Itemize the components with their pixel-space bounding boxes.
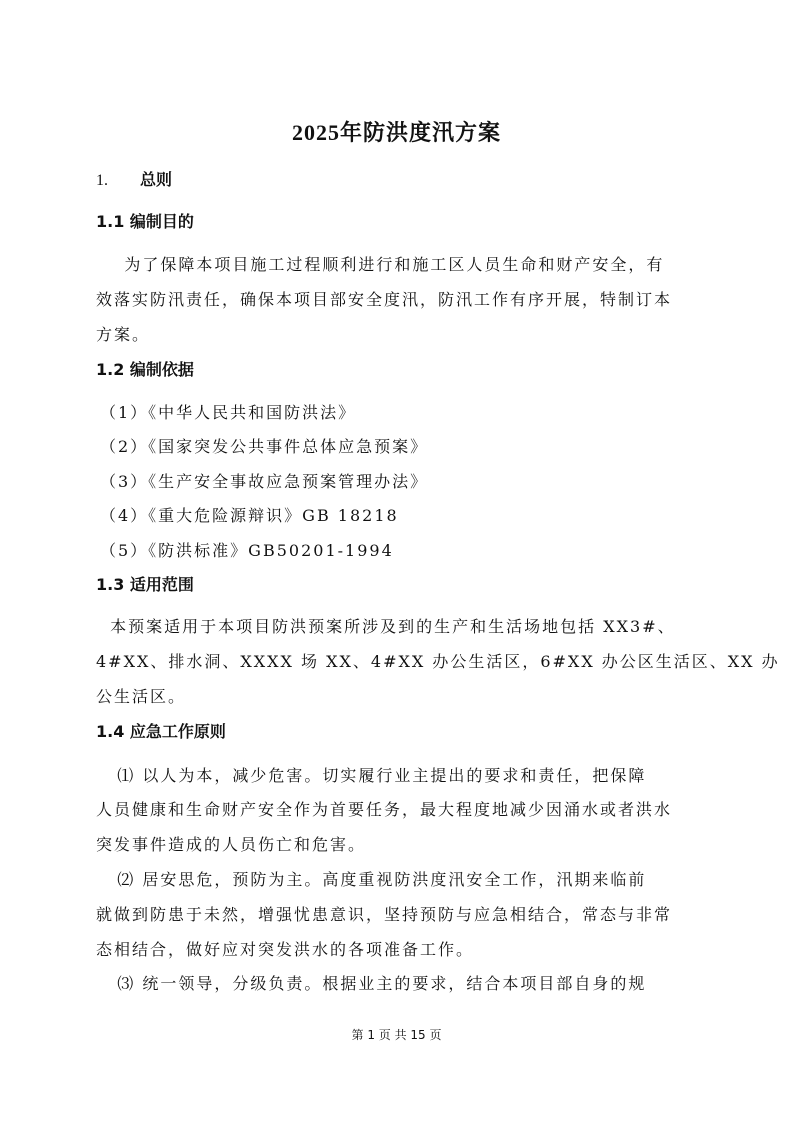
paragraph-line: 突发事件造成的人员伤亡和危害。 — [96, 832, 366, 855]
heading-1-4: 1.4 应急工作原则 — [96, 719, 226, 742]
paragraph-line: 4#XX、排水洞、XXXX 场 XX、4#XX 办公生活区，6#XX 办公区生活… — [96, 649, 780, 672]
paragraph-line: 公生活区。 — [96, 684, 186, 707]
heading-1-3: 1.3 适用范围 — [96, 572, 194, 595]
paragraph-line: 方案。 — [96, 322, 150, 345]
section-heading-1: 1.总则 — [96, 167, 172, 190]
page-footer: 第 1 页 共 15 页 — [0, 1026, 793, 1043]
paragraph-line: ⑵ 居安思危，预防为主。高度重视防洪度汛安全工作，汛期来临前 — [96, 867, 646, 890]
reference-item: （1）《中华人民共和国防洪法》 — [100, 400, 356, 423]
document-page: 2025年防洪度汛方案 1.总则 1.1 编制目的 为了保障本项目施工过程顺利进… — [0, 0, 793, 1122]
reference-item: （3）《生产安全事故应急预案管理办法》 — [100, 469, 428, 492]
paragraph-line: 人员健康和生命财产安全作为首要任务，最大程度地减少因涌水或者洪水 — [96, 797, 672, 820]
paragraph-line: ⑴ 以人为本，减少危害。切实履行业主提出的要求和责任，把保障 — [96, 763, 646, 786]
paragraph-line: 就做到防患于未然，增强忧患意识，坚持预防与应急相结合，常态与非常 — [96, 902, 672, 925]
paragraph-line: 本预案适用于本项目防洪预案所涉及到的生产和生活场地包括 XX3#、 — [96, 614, 676, 637]
paragraph-line: 态相结合，做好应对突发洪水的各项准备工作。 — [96, 937, 474, 960]
reference-item: （5）《防洪标准》GB50201-1994 — [100, 538, 394, 561]
heading-1-1: 1.1 编制目的 — [96, 209, 194, 232]
reference-item: （4）《重大危险源辩识》GB 18218 — [100, 503, 399, 526]
section-number: 1. — [96, 172, 140, 190]
document-title: 2025年防洪度汛方案 — [0, 116, 793, 147]
heading-1-2: 1.2 编制依据 — [96, 357, 194, 380]
reference-item: （2）《国家突发公共事件总体应急预案》 — [100, 434, 428, 457]
paragraph-line: 为了保障本项目施工过程顺利进行和施工区人员生命和财产安全，有 — [96, 252, 664, 275]
paragraph-line: 效落实防汛责任，确保本项目部安全度汛，防汛工作有序开展，特制订本 — [96, 287, 672, 310]
paragraph-line: ⑶ 统一领导，分级负责。根据业主的要求，结合本项目部自身的规 — [96, 971, 646, 994]
section-label: 总则 — [140, 170, 172, 189]
